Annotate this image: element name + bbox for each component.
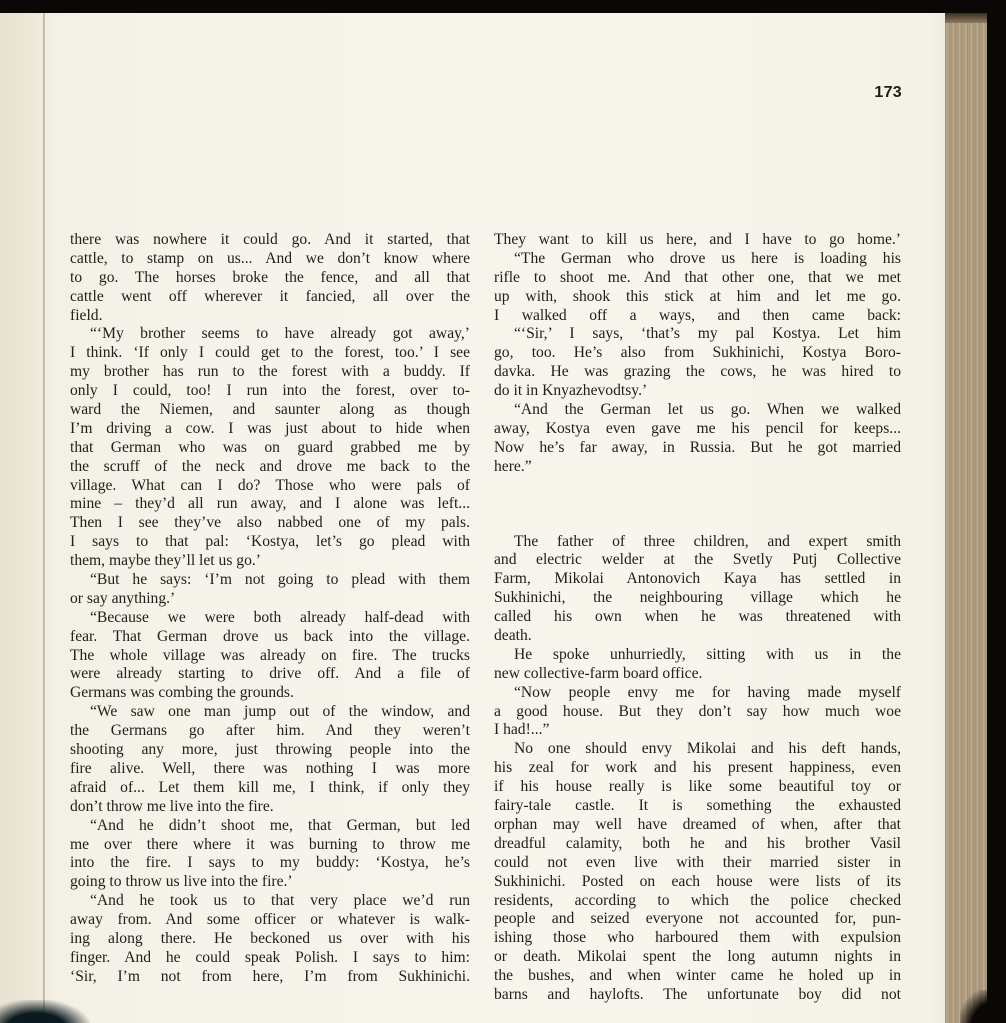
- page-edges: [945, 13, 987, 1023]
- text-line: into the fire. I says to my buddy: ‘Kost…: [70, 854, 470, 873]
- section-break: [494, 477, 901, 533]
- text-line: rifle to shoot me. And that other one, t…: [494, 269, 901, 288]
- text-line: The father of three children, and expert…: [494, 533, 901, 552]
- text-line: there was nowhere it could go. And it st…: [70, 231, 470, 250]
- text-line: the scruff of the neck and drove me back…: [70, 458, 470, 477]
- text-line: fire alive. Well, there was nothing I wa…: [70, 760, 470, 779]
- text-line: me over there where it was burning to th…: [70, 836, 470, 855]
- text-line: fear. That German drove us back into the…: [70, 628, 470, 647]
- left-column: there was nowhere it could go. And it st…: [70, 231, 470, 987]
- text-line: that German who was on guard grabbed me …: [70, 439, 470, 458]
- text-line: here.”: [494, 458, 901, 477]
- text-line: people and seized everyone not accounted…: [494, 910, 901, 929]
- text-line: “The German who drove us here is loading…: [494, 250, 901, 269]
- text-line: could not even live with their married s…: [494, 854, 901, 873]
- text-line: barns and haylofts. The unfortunate boy …: [494, 986, 901, 1005]
- text-line: “We saw one man jump out of the window, …: [70, 703, 470, 722]
- text-line: They want to kill us here, and I have to…: [494, 231, 901, 250]
- text-line: Sukhinichi, the neighbouring village whi…: [494, 589, 901, 608]
- text-line: I walked off a ways, and then came back:: [494, 307, 901, 326]
- text-line: or death. Mikolai spent the long autumn …: [494, 948, 901, 967]
- text-line: don’t throw me live into the fire.: [70, 798, 470, 817]
- gutter-line: [43, 13, 45, 1023]
- text-line: up with, shook this stick at him and let…: [494, 288, 901, 307]
- text-line: called his own when he was threatened wi…: [494, 608, 901, 627]
- text-line: finger. And he could speak Polish. I say…: [70, 949, 470, 968]
- text-line: field.: [70, 307, 470, 326]
- text-line: mine – they’d all run away, and I alone …: [70, 495, 470, 514]
- page-number: 173: [842, 84, 902, 102]
- text-line: my brother has run to the forest with a …: [70, 363, 470, 382]
- text-line: away, Kostya even gave me his pencil for…: [494, 420, 901, 439]
- text-line: residents, according to which the police…: [494, 892, 901, 911]
- text-line: ing along there. He beckoned us over wit…: [70, 930, 470, 949]
- text-line: davka. He was grazing the cows, he was h…: [494, 363, 901, 382]
- text-line: Germans was combing the grounds.: [70, 684, 470, 703]
- text-line: “And the German let us go. When we walke…: [494, 401, 901, 420]
- text-line: afraid of... Let them kill me, I think, …: [70, 779, 470, 798]
- background-edge: [987, 0, 1006, 1023]
- text-line: ishing those who harboured them with exp…: [494, 929, 901, 948]
- text-line: “But he says: ‘I’m not going to plead wi…: [70, 571, 470, 590]
- text-line: The whole village was already on fire. T…: [70, 647, 470, 666]
- text-line: cattle went off wherever it fancied, all…: [70, 288, 470, 307]
- text-line: I says to that pal: ‘Kostya, let’s go pl…: [70, 533, 470, 552]
- text-line: them, maybe they’ll let us go.’: [70, 552, 470, 571]
- text-line: only I could, too! I run into the forest…: [70, 382, 470, 401]
- text-line: the bushes, and when winter came he hole…: [494, 967, 901, 986]
- text-line: No one should envy Mikolai and his deft …: [494, 740, 901, 759]
- text-line: I had!...”: [494, 721, 901, 740]
- text-line: He spoke unhurriedly, sitting with us in…: [494, 646, 901, 665]
- text-line: new collective-farm board office.: [494, 665, 901, 684]
- text-line: orphan may well have dreamed of when, af…: [494, 816, 901, 835]
- text-line: or say anything.’: [70, 590, 470, 609]
- text-line: I’m driving a cow. I was just about to h…: [70, 420, 470, 439]
- text-line: “And he took us to that very place we’d …: [70, 892, 470, 911]
- text-line: dreadful calamity, both he and his broth…: [494, 835, 901, 854]
- text-line: do it in Knyazhevodtsy.’: [494, 382, 901, 401]
- text-line: were already starting to drive off. And …: [70, 665, 470, 684]
- text-line: Sukhinichi. Posted on each house were li…: [494, 873, 901, 892]
- text-line: shooting any more, just throwing people …: [70, 741, 470, 760]
- text-line: death.: [494, 627, 901, 646]
- text-line: going to throw us live into the fire.’: [70, 873, 470, 892]
- text-line: to go. The horses broke the fence, and a…: [70, 269, 470, 288]
- thumb-shadow: [0, 1000, 90, 1023]
- corner-shadow: [960, 990, 1006, 1023]
- text-line: ward the Niemen, and saunter along as th…: [70, 401, 470, 420]
- text-line: “‘My brother seems to have already got a…: [70, 325, 470, 344]
- text-line: village. What can I do? Those who were p…: [70, 477, 470, 496]
- text-line: “And he didn’t shoot me, that German, bu…: [70, 817, 470, 836]
- text-line: ‘Sir, I’m not from here, I’m from Sukhin…: [70, 968, 470, 987]
- right-column: They want to kill us here, and I have to…: [494, 231, 901, 1005]
- text-line: away from. And some officer or whatever …: [70, 911, 470, 930]
- text-line: “Now people envy me for having made myse…: [494, 684, 901, 703]
- text-line: “Because we were both already half-dead …: [70, 609, 470, 628]
- text-line: and electric welder at the Svetly Putj C…: [494, 551, 901, 570]
- text-line: Farm, Mikolai Antonovich Kaya has settle…: [494, 570, 901, 589]
- text-line: a good house. But they don’t say how muc…: [494, 703, 901, 722]
- text-line: fairy-tale castle. It is something the e…: [494, 797, 901, 816]
- text-line: “‘Sir,’ I says, ‘that’s my pal Kostya. L…: [494, 325, 901, 344]
- text-line: his zeal for work and his present happin…: [494, 759, 901, 778]
- text-line: I think. ‘If only I could get to the for…: [70, 344, 470, 363]
- text-line: the Germans go after him. And they weren…: [70, 722, 470, 741]
- text-line: Then I see they’ve also nabbed one of my…: [70, 514, 470, 533]
- text-line: go, too. He’s also from Sukhinichi, Kost…: [494, 344, 901, 363]
- text-line: Now he’s far away, in Russia. But he got…: [494, 439, 901, 458]
- text-line: if his house really is like some beautif…: [494, 778, 901, 797]
- text-line: cattle, to stamp on us... And we don’t k…: [70, 250, 470, 269]
